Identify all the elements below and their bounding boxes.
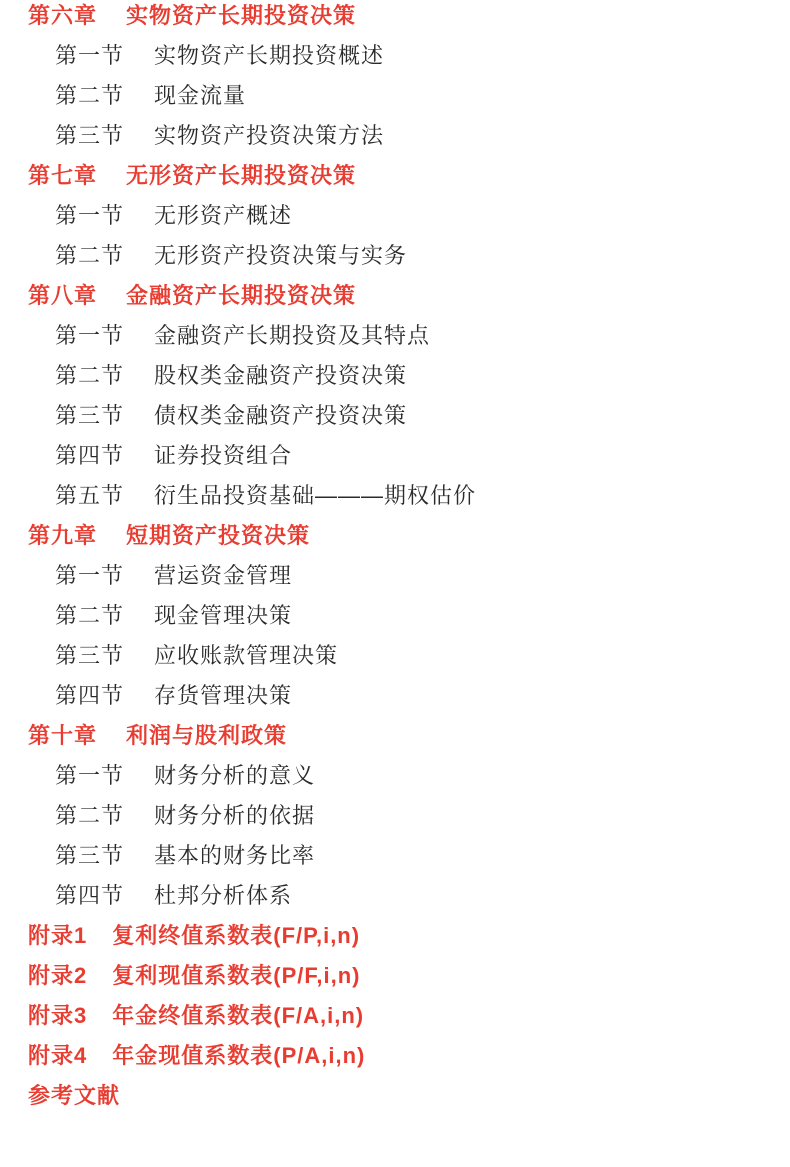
entry-label: 第三节 (55, 396, 124, 436)
toc-section-row: 第五节衍生品投资基础———期权估价 (0, 476, 790, 516)
toc-appendix-row: 附录1复利终值系数表(F/P,i,n) (0, 916, 790, 956)
entry-label: 附录3 (28, 996, 87, 1036)
toc-section-row: 第二节股权类金融资产投资决策 (0, 356, 790, 396)
entry-label: 第一节 (55, 556, 124, 596)
book-toc-page: 第六章实物资产长期投资决策第一节实物资产长期投资概述第二节现金流量第三节实物资产… (0, 0, 790, 1167)
toc-section-row: 第四节杜邦分析体系 (0, 876, 790, 916)
entry-title: 复利终值系数表(F/P,i,n) (112, 916, 360, 956)
toc-section-row: 第三节应收账款管理决策 (0, 636, 790, 676)
toc-chapter-row: 第七章无形资产长期投资决策 (0, 156, 790, 196)
toc-section-row: 第一节金融资产长期投资及其特点 (0, 316, 790, 356)
entry-title: 杜邦分析体系 (154, 876, 292, 916)
entry-label: 附录2 (28, 956, 87, 996)
entry-title: 实物资产长期投资概述 (154, 36, 384, 76)
toc-section-row: 第三节实物资产投资决策方法 (0, 116, 790, 156)
entry-title: 财务分析的意义 (154, 756, 315, 796)
entry-title: 利润与股利政策 (126, 716, 287, 756)
entry-label: 第四节 (55, 676, 124, 716)
toc-appendix-row: 附录4年金现值系数表(P/A,i,n) (0, 1036, 790, 1076)
entry-title: 金融资产长期投资决策 (126, 276, 356, 316)
entry-label: 第八章 (28, 276, 97, 316)
entry-label: 附录4 (28, 1036, 87, 1076)
entry-title: 存货管理决策 (154, 676, 292, 716)
table-of-contents: 第六章实物资产长期投资决策第一节实物资产长期投资概述第二节现金流量第三节实物资产… (0, 0, 790, 1116)
entry-title: 复利现值系数表(P/F,i,n) (112, 956, 360, 996)
entry-label: 第四节 (55, 436, 124, 476)
entry-title: 实物资产长期投资决策 (126, 0, 356, 36)
entry-title: 财务分析的依据 (154, 796, 315, 836)
toc-section-row: 第一节无形资产概述 (0, 196, 790, 236)
entry-title: 股权类金融资产投资决策 (154, 356, 407, 396)
toc-section-row: 第一节财务分析的意义 (0, 756, 790, 796)
entry-title: 基本的财务比率 (154, 836, 315, 876)
entry-title: 实物资产投资决策方法 (154, 116, 384, 156)
toc-chapter-row: 第九章短期资产投资决策 (0, 516, 790, 556)
entry-label: 第二节 (55, 356, 124, 396)
entry-label: 参考文献 (28, 1076, 120, 1116)
entry-label: 第二节 (55, 796, 124, 836)
entry-label: 第三节 (55, 116, 124, 156)
entry-label: 第七章 (28, 156, 97, 196)
entry-label: 第九章 (28, 516, 97, 556)
entry-label: 第一节 (55, 196, 124, 236)
entry-label: 第十章 (28, 716, 97, 756)
toc-backmatter-row: 参考文献 (0, 1076, 790, 1116)
toc-section-row: 第四节证券投资组合 (0, 436, 790, 476)
toc-section-row: 第三节基本的财务比率 (0, 836, 790, 876)
entry-title: 金融资产长期投资及其特点 (154, 316, 430, 356)
toc-appendix-row: 附录2复利现值系数表(P/F,i,n) (0, 956, 790, 996)
entry-label: 第六章 (28, 0, 97, 36)
toc-chapter-row: 第十章利润与股利政策 (0, 716, 790, 756)
entry-title: 现金流量 (154, 76, 246, 116)
entry-title: 无形资产长期投资决策 (126, 156, 356, 196)
entry-label: 第一节 (55, 36, 124, 76)
toc-section-row: 第二节财务分析的依据 (0, 796, 790, 836)
entry-label: 第一节 (55, 756, 124, 796)
entry-title: 应收账款管理决策 (154, 636, 338, 676)
entry-title: 债权类金融资产投资决策 (154, 396, 407, 436)
entry-label: 第二节 (55, 236, 124, 276)
entry-label: 第四节 (55, 876, 124, 916)
toc-section-row: 第一节营运资金管理 (0, 556, 790, 596)
toc-appendix-row: 附录3年金终值系数表(F/A,i,n) (0, 996, 790, 1036)
toc-section-row: 第一节实物资产长期投资概述 (0, 36, 790, 76)
entry-title: 无形资产概述 (154, 196, 292, 236)
entry-label: 第二节 (55, 596, 124, 636)
toc-section-row: 第二节现金流量 (0, 76, 790, 116)
entry-title: 年金终值系数表(F/A,i,n) (112, 996, 364, 1036)
entry-title: 无形资产投资决策与实务 (154, 236, 407, 276)
entry-title: 年金现值系数表(P/A,i,n) (112, 1036, 365, 1076)
entry-title: 现金管理决策 (154, 596, 292, 636)
toc-section-row: 第二节无形资产投资决策与实务 (0, 236, 790, 276)
entry-label: 第五节 (55, 476, 124, 516)
toc-chapter-row: 第六章实物资产长期投资决策 (0, 0, 790, 36)
entry-label: 附录1 (28, 916, 87, 956)
entry-label: 第二节 (55, 76, 124, 116)
entry-title: 证券投资组合 (154, 436, 292, 476)
entry-label: 第三节 (55, 636, 124, 676)
toc-section-row: 第三节债权类金融资产投资决策 (0, 396, 790, 436)
toc-section-row: 第二节现金管理决策 (0, 596, 790, 636)
toc-chapter-row: 第八章金融资产长期投资决策 (0, 276, 790, 316)
toc-section-row: 第四节存货管理决策 (0, 676, 790, 716)
entry-title: 营运资金管理 (154, 556, 292, 596)
entry-title: 衍生品投资基础———期权估价 (154, 476, 476, 516)
entry-title: 短期资产投资决策 (126, 516, 310, 556)
entry-label: 第三节 (55, 836, 124, 876)
entry-label: 第一节 (55, 316, 124, 356)
